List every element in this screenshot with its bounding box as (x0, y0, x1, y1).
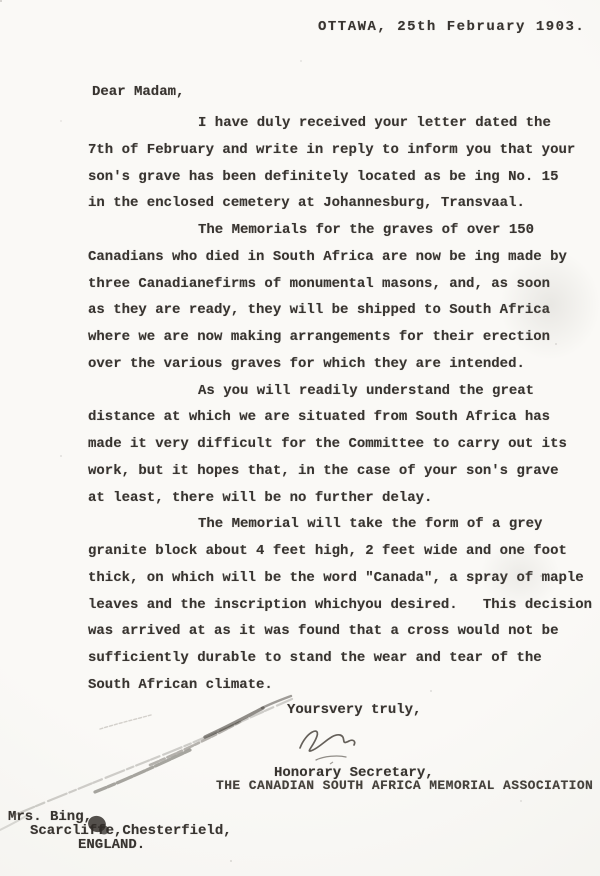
paper-specks (0, 0, 2, 2)
letter-line: in the enclosed cemetery at Johannesburg… (88, 190, 588, 217)
letter-line: South African climate. (88, 672, 588, 699)
dateline: OTTAWA, 25th February 1903. (318, 19, 585, 35)
letter-line: son's grave has been definitely located … (88, 164, 588, 191)
letter-line: I have duly received your letter dated t… (88, 110, 588, 137)
letter-line: As you will readily understand the great (88, 378, 588, 405)
letter-line: at least, there will be no further delay… (88, 485, 588, 512)
letter-line: 7th of February and write in reply to in… (88, 137, 588, 164)
letter-line: work, but it hopes that, in the case of … (88, 458, 588, 485)
letter-line: The Memorial will take the form of a gre… (88, 511, 588, 538)
signature-organization: THE CANADIAN SOUTH AFRICA MEMORIAL ASSOC… (216, 778, 593, 793)
letter-line: distance at which we are situated from S… (88, 404, 588, 431)
letter-body: I have duly received your letter dated t… (88, 110, 588, 699)
letter-line: sufficiently durable to stand the wear a… (88, 645, 588, 672)
letter-line: made it very difficult for the Committee… (88, 431, 588, 458)
paper-smudge (480, 540, 560, 610)
signature-scribble (290, 724, 380, 768)
letter-line: The Memorials for the graves of over 150 (88, 217, 588, 244)
paper-smudge (500, 250, 600, 360)
salutation: Dear Madam, (92, 84, 184, 100)
letter-line: was arrived at as it was found that a cr… (88, 618, 588, 645)
letter-page: OTTAWA, 25th February 1903. Dear Madam, … (0, 0, 600, 876)
recipient-country: ENGLAND. (78, 837, 145, 853)
closing: Yoursvery truly, (287, 702, 421, 718)
